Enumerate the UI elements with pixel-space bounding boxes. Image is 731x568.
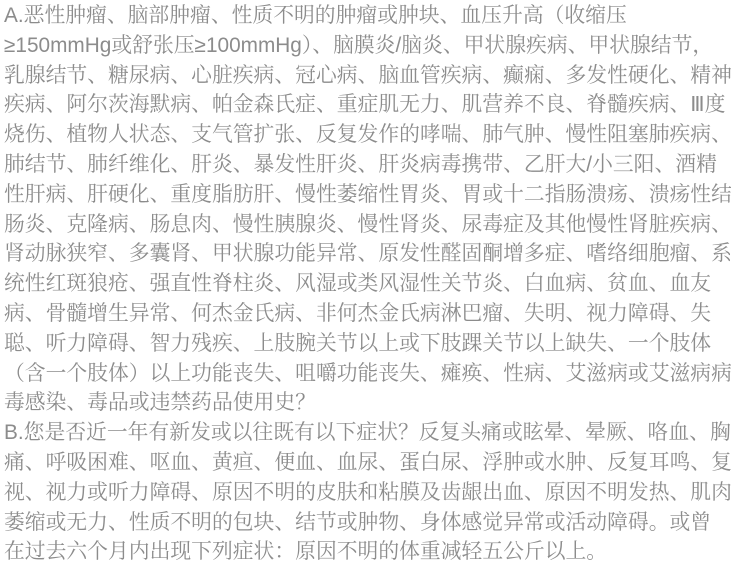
question-a: A.恶性肿瘤、脑部肿瘤、性质不明的肿瘤或肿块、血压升高（收缩压 ≥150mmHg… <box>4 1 731 418</box>
question-a-line: 聪、听力障碍、智力残疾、上肢腕关节以上或下肢踝关节以上缺失、一个肢体 <box>4 329 731 359</box>
question-b-line: 在过去六个月内出现下列症状：原因不明的体重减轻五公斤以上。 <box>4 537 731 567</box>
question-b-line: B.您是否近一年有新发或以往既有以下症状？反复头痛或眩晕、晕厥、咯血、胸 <box>4 418 731 448</box>
question-a-line: 乳腺结节、糖尿病、心脏疾病、冠心病、脑血管疾病、癫痫、多发性硬化、精神 <box>4 61 731 91</box>
question-a-line: ≥150mmHg或舒张压≥100mmHg）、脑膜炎/脑炎、甲状腺疾病、甲状腺结节… <box>4 31 731 61</box>
question-a-line: 肠炎、克隆病、肠息肉、慢性胰腺炎、慢性肾炎、尿毒症及其他慢性肾脏疾病、 <box>4 210 731 240</box>
question-a-line: 毒感染、毒品或违禁药品使用史？ <box>4 388 731 418</box>
question-a-line: 肺结节、肺纤维化、肝炎、暴发性肝炎、肝炎病毒携带、乙肝大/小三阳、酒精 <box>4 150 731 180</box>
question-b-line: 痛、呼吸困难、呕血、黄疸、便血、血尿、蛋白尿、浮肿或水肿、反复耳鸣、复 <box>4 448 731 478</box>
question-a-line: 病、骨髓增生异常、何杰金氏病、非何杰金氏病淋巴瘤、失明、视力障碍、失 <box>4 299 731 329</box>
health-questionnaire-text: A.恶性肿瘤、脑部肿瘤、性质不明的肿瘤或肿块、血压升高（收缩压 ≥150mmHg… <box>0 0 731 568</box>
question-a-line: （含一个肢体）以上功能丧失、咀嚼功能丧失、瘫痪、性病、艾滋病或艾滋病病 <box>4 359 731 389</box>
question-a-line: 性肝病、肝硬化、重度脂肪肝、慢性萎缩性胃炎、胃或十二指肠溃疡、溃疡性结 <box>4 180 731 210</box>
question-a-line: 统性红斑狼疮、强直性脊柱炎、风湿或类风湿性关节炎、白血病、贫血、血友 <box>4 269 731 299</box>
question-b-line: 视、视力或听力障碍、原因不明的皮肤和粘膜及齿龈出血、原因不明发热、肌肉 <box>4 478 731 508</box>
question-a-line: 肾动脉狭窄、多囊肾、甲状腺功能异常、原发性醛固酮增多症、嗜络细胞瘤、系 <box>4 239 731 269</box>
question-a-line: 烧伤、植物人状态、支气管扩张、反复发作的哮喘、肺气肿、慢性阻塞肺疾病、 <box>4 120 731 150</box>
question-a-line: 疾病、阿尔茨海默病、帕金森氏症、重症肌无力、肌营养不良、脊髓疾病、Ⅲ度 <box>4 90 731 120</box>
question-a-line: A.恶性肿瘤、脑部肿瘤、性质不明的肿瘤或肿块、血压升高（收缩压 <box>4 1 731 31</box>
question-b-line: 萎缩或无力、性质不明的包块、结节或肿物、身体感觉异常或活动障碍。或曾 <box>4 508 731 538</box>
question-b: B.您是否近一年有新发或以往既有以下症状？反复头痛或眩晕、晕厥、咯血、胸 痛、呼… <box>4 418 731 567</box>
